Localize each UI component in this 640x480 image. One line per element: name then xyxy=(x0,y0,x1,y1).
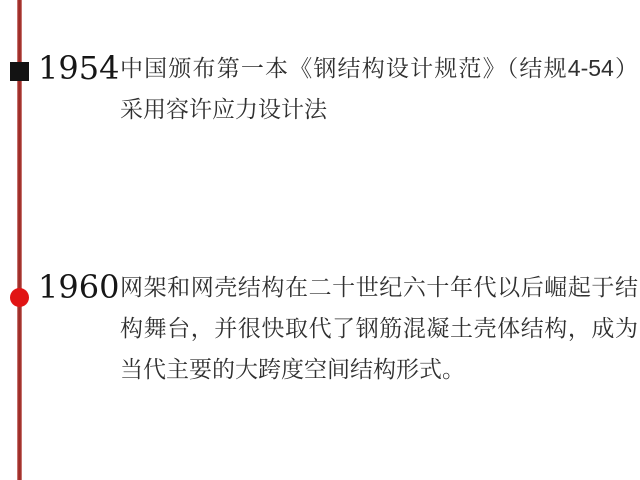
timeline-entry-1954: 1954 中国颁布第一本《钢结构设计规范》（结规4-54） 采用容许应力设计法 xyxy=(38,48,638,130)
entry-1960-line-3: 当代主要的大跨度空间结构形式。 xyxy=(120,349,638,390)
timeline-marker-square-1954 xyxy=(10,62,29,81)
year-label-1960: 1960 xyxy=(38,267,120,308)
entry-1954-line-2: 采用容许应力设计法 xyxy=(120,89,638,130)
entry-text-1960: 网架和网壳结构在二十世纪六十年代以后崛起于结 构舞台，并很快取代了钢筋混凝土壳体… xyxy=(120,267,638,390)
entry-1960-line-1: 网架和网壳结构在二十世纪六十年代以后崛起于结 xyxy=(120,267,638,308)
entry-text-1954: 中国颁布第一本《钢结构设计规范》（结规4-54） 采用容许应力设计法 xyxy=(120,48,638,130)
timeline-canvas: 1954 中国颁布第一本《钢结构设计规范》（结规4-54） 采用容许应力设计法 … xyxy=(0,0,640,480)
entry-1954-line-1: 中国颁布第一本《钢结构设计规范》（结规4-54） xyxy=(120,48,638,89)
timeline-marker-circle-1960 xyxy=(10,288,29,307)
year-label-1954: 1954 xyxy=(38,48,120,89)
entry-1960-line-2: 构舞台，并很快取代了钢筋混凝土壳体结构，成为 xyxy=(120,308,638,349)
timeline-entry-1960: 1960 网架和网壳结构在二十世纪六十年代以后崛起于结 构舞台，并很快取代了钢筋… xyxy=(38,267,638,390)
